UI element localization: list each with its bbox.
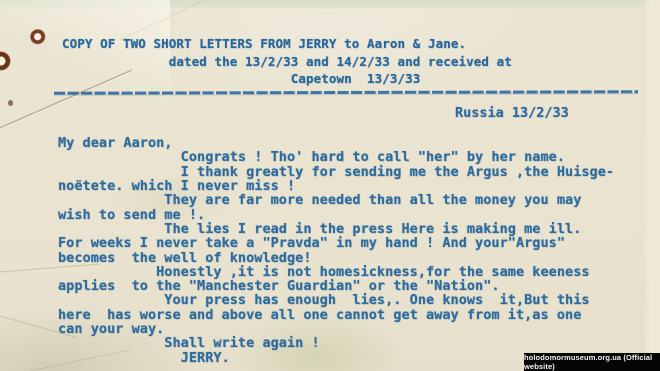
punch-hole xyxy=(30,29,46,45)
paper-speck xyxy=(8,100,13,106)
letter-body: My dear Aaron, Congrats ! Tho' hard to c… xyxy=(58,136,614,365)
source-watermark-label: holodomormuseum.org.ua (Official website… xyxy=(524,353,660,371)
source-watermark: holodomormuseum.org.ua (Official website… xyxy=(524,353,660,371)
letter-scan: COPY OF TWO SHORT LETTERS FROM JERRY to … xyxy=(0,0,660,371)
letter-header: COPY OF TWO SHORT LETTERS FROM JERRY to … xyxy=(62,35,512,88)
letter-date-place: Russia 13/2/33 xyxy=(455,105,569,121)
